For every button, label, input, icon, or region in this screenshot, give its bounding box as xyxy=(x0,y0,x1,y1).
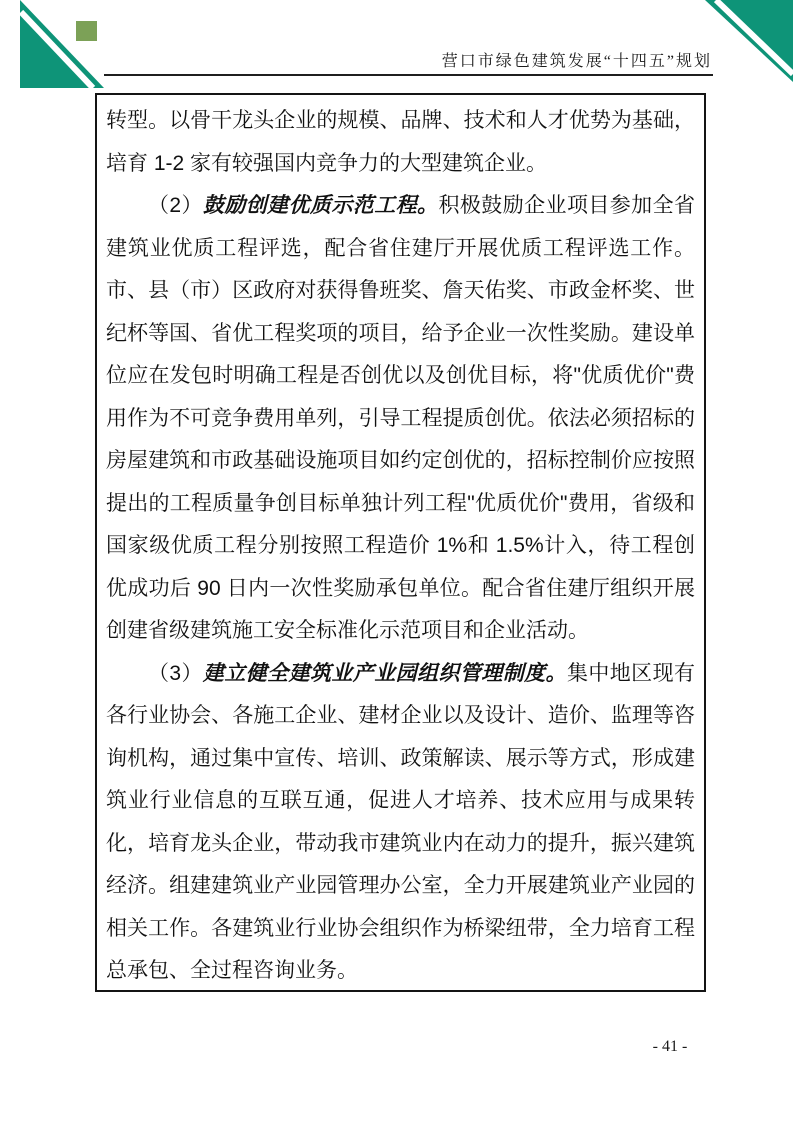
paragraph-text: 集中地区现有各行业协会、各施工企业、建材企业以及设计、造价、监理等咨询机构，通过… xyxy=(106,662,695,983)
paragraph-text: 积极鼓励企业项目参加全省建筑业优质工程评选，配合省住建厅开展优质工程评选工作。市… xyxy=(106,194,695,642)
paragraph-item-2: （2）鼓励创建优质示范工程。积极鼓励企业项目参加全省建筑业优质工程评选，配合省住… xyxy=(106,185,695,653)
corner-triangle-top-left-icon xyxy=(0,0,120,95)
paragraph-heading: 鼓励创建优质示范工程。 xyxy=(203,194,439,217)
olive-square-icon xyxy=(76,21,97,41)
teal-triangle-shape xyxy=(20,0,104,88)
corner-triangle-top-right-icon xyxy=(698,0,793,90)
teal-triangle-shape xyxy=(705,0,793,82)
paragraph-item-3: （3）建立健全建筑业产业园组织管理制度。集中地区现有各行业协会、各施工企业、建材… xyxy=(106,653,695,993)
document-page: 营口市绿色建筑发展“十四五”规划 转型。以骨干龙头企业的规模、品牌、技术和人才优… xyxy=(0,0,793,1122)
paragraph-text: 转型。以骨干龙头企业的规模、品牌、技术和人才优势为基础，培育 1-2 家有较强国… xyxy=(106,109,695,175)
body-text-box: 转型。以骨干龙头企业的规模、品牌、技术和人才优势为基础，培育 1-2 家有较强国… xyxy=(95,93,706,992)
paragraph-number: （3） xyxy=(148,662,203,685)
page-number: - 41 - xyxy=(628,1038,712,1056)
header-rule xyxy=(104,74,713,76)
paragraph-heading: 建立健全建筑业产业园组织管理制度。 xyxy=(203,662,567,685)
page-header-title: 营口市绿色建筑发展“十四五”规划 xyxy=(442,50,712,74)
paragraph-number: （2） xyxy=(148,194,203,217)
paragraph-continuation: 转型。以骨干龙头企业的规模、品牌、技术和人才优势为基础，培育 1-2 家有较强国… xyxy=(106,100,695,185)
